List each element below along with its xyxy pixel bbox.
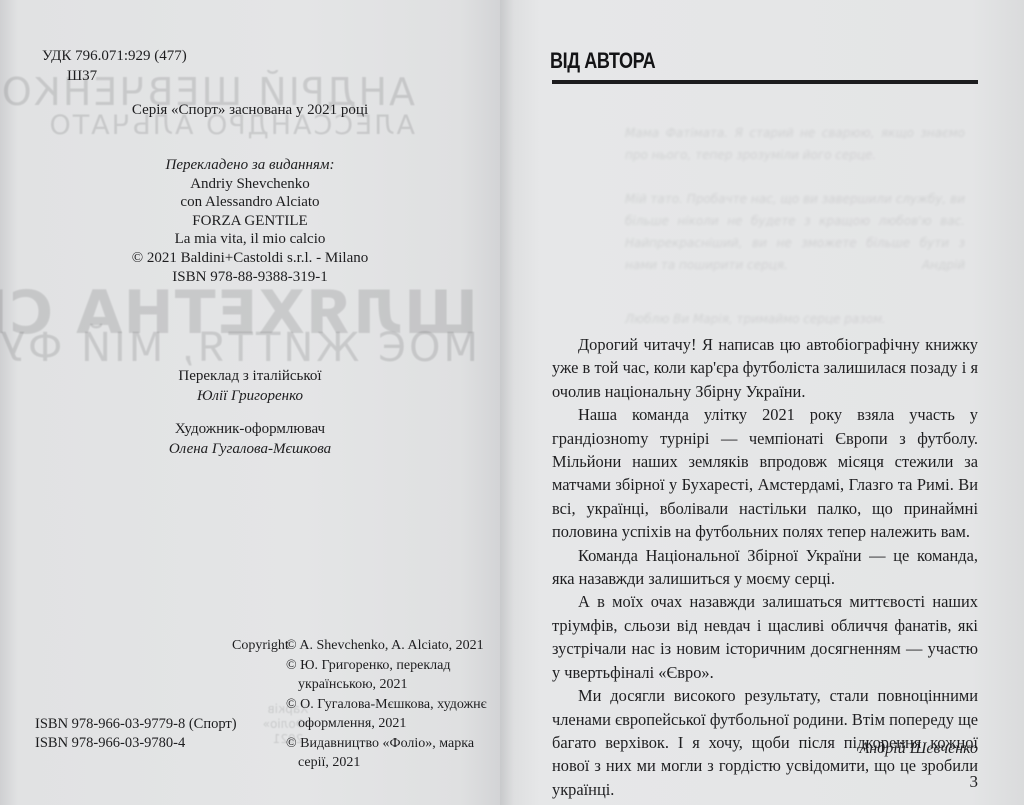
original-edition-line: con Alessandro Alciato: [0, 193, 500, 212]
isbn-series: ISBN 978-966-03-9779-8 (Спорт): [35, 715, 237, 734]
original-edition-line: Andriy Shevchenko: [0, 175, 500, 194]
copyright-item: © О. Гугалова-Мєшкова, художнє оформленн…: [286, 695, 497, 734]
translator-name: Юлії Григоренко: [0, 386, 500, 406]
translator-credit: Переклад з італійської Юлії Григоренко: [0, 366, 500, 406]
foreword-paragraph: Дорогий читачу! Я написав цю автобіограф…: [552, 333, 978, 403]
foreword-paragraph: Наша команда улітку 2021 року взяла учас…: [552, 403, 978, 543]
copyright-item: © A. Shevchenko, A. Alciato, 2021: [286, 636, 497, 656]
foreword-paragraph: А в моїх очах назавжди залишаться миттєв…: [552, 590, 978, 684]
author-signature: Андрій Шевченко: [552, 740, 978, 758]
original-edition-line: © 2021 Baldini+Castoldi s.r.l. - Milano: [0, 249, 500, 268]
foreword-paragraph: Команда Національної Збірної України — ц…: [552, 544, 978, 591]
udk-code: УДК 796.071:929 (477): [42, 48, 187, 64]
designer-name: Олена Гугалова-Мєшкова: [0, 439, 500, 459]
page-number: 3: [948, 772, 978, 792]
translator-label: Переклад з італійської: [0, 366, 500, 386]
bleed-through-subtitle: МОЄ ЖИТТЯ, МІЙ ФУТБОЛ: [42, 325, 478, 371]
left-page-imprint: АНДРІЙ ШЕВЧЕНКО АЛЕССАНДРО АЛЬЧАТО ШЛЯХЕ…: [0, 0, 500, 805]
author-code: Ш37: [42, 66, 187, 86]
series-note: Серія «Спорт» заснована у 2021 році: [0, 102, 500, 119]
original-edition-label: Перекладено за виданням:: [0, 156, 500, 175]
copyright-item: © Ю. Григоренко, переклад українською, 2…: [286, 656, 497, 695]
classification-codes: УДК 796.071:929 (477) Ш37: [42, 46, 187, 86]
chapter-heading: ВІД АВТОРА: [550, 48, 655, 74]
original-edition-block: Перекладено за виданням: Andriy Shevchen…: [0, 156, 500, 286]
foreword-body: Дорогий читачу! Я написав цю автобіограф…: [552, 333, 978, 801]
isbn-block: ISBN 978-966-03-9779-8 (Спорт) ISBN 978-…: [35, 715, 237, 753]
copyright-label: Copyright: [232, 636, 286, 773]
copyright-block: Copyright © A. Shevchenko, A. Alciato, 2…: [232, 636, 497, 773]
bleed-through-title: ШЛЯХЕТНА СИЛА: [42, 278, 478, 348]
heading-rule: [552, 80, 978, 84]
designer-label: Художник-оформлювач: [0, 419, 500, 439]
original-edition-line: ISBN 978-88-9388-319-1: [0, 268, 500, 287]
isbn-book: ISBN 978-966-03-9780-4: [35, 734, 237, 753]
copyright-item: © Видавництво «Фоліо», марка серії, 2021: [286, 734, 497, 773]
designer-credit: Художник-оформлювач Олена Гугалова-Мєшко…: [0, 419, 500, 459]
original-edition-line: FORZA GENTILE: [0, 212, 500, 231]
original-edition-line: La mia vita, il mio calcio: [0, 230, 500, 249]
